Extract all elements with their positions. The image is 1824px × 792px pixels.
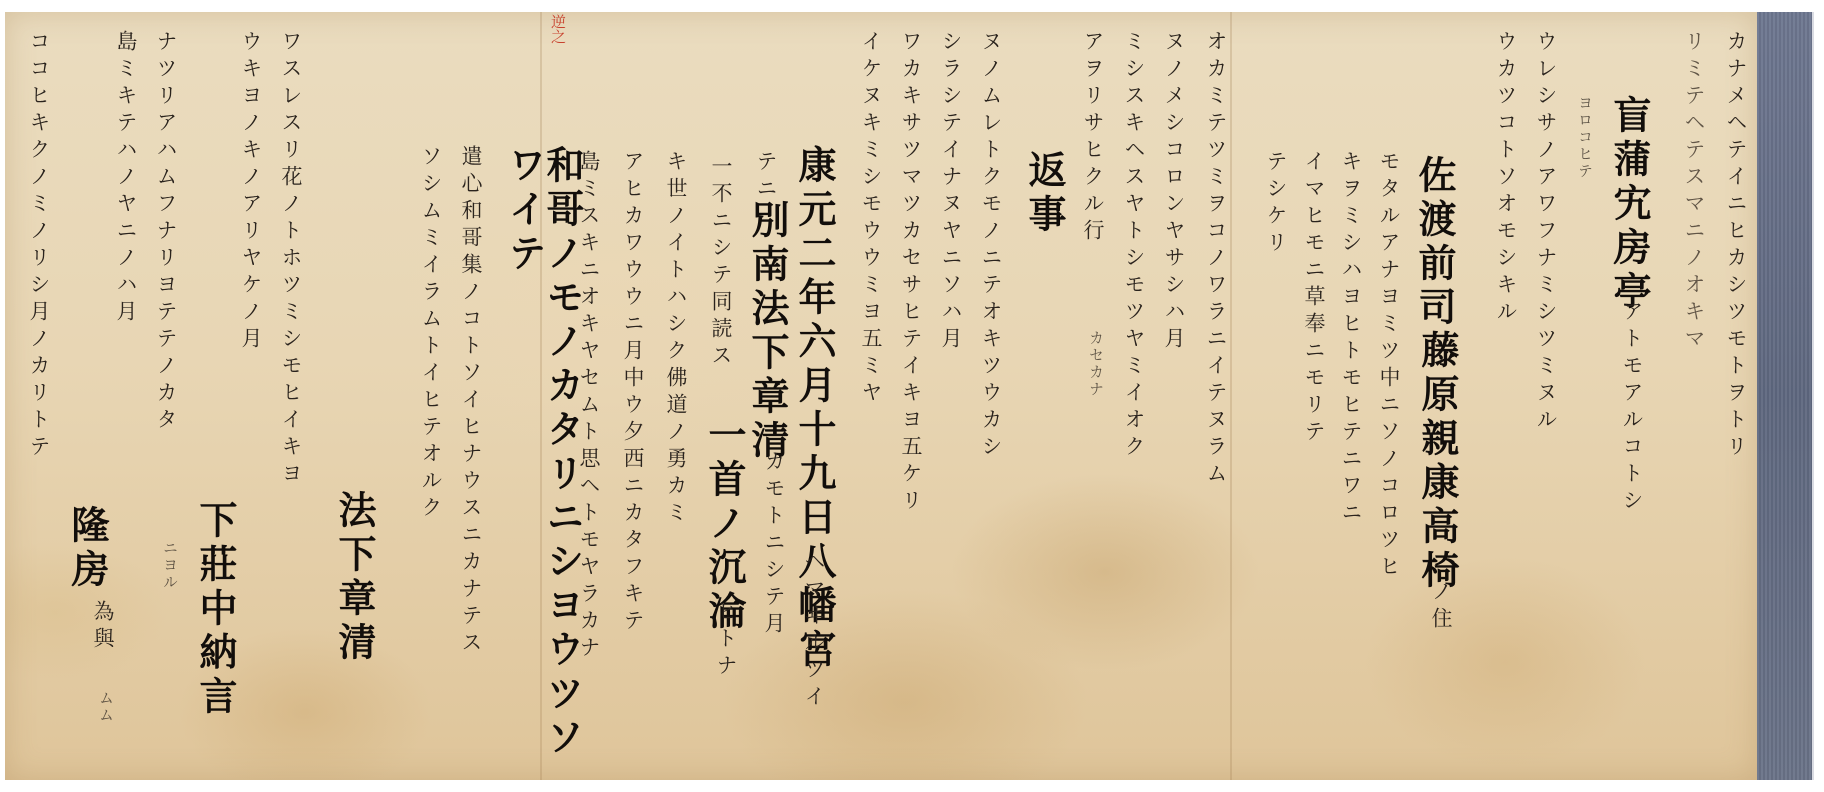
text-column: 一不ニシテ同読ス: [710, 155, 731, 371]
text-column: 法下章清: [335, 490, 373, 666]
text-column: アヲリサヒクル行: [1082, 30, 1103, 246]
text-column: カセカナ: [1088, 330, 1103, 398]
text-column: ココヒキクノミノリシ月ノカリトテ: [28, 30, 49, 462]
text-column: 佐渡前司: [1415, 155, 1453, 331]
text-column: ワカキサツマツカセサヒテイキヨ五ケリ: [900, 30, 921, 516]
text-column: ノ住: [1430, 580, 1451, 634]
text-column: ウレシサノアワフナミシツミヌル: [1535, 30, 1556, 435]
text-column: ヌノメシコロンヤサシハ月: [1163, 30, 1184, 354]
text-column: カモトニシテ月: [763, 450, 784, 639]
text-column: モタルアナヨミツ中ニソノコロツヒ: [1378, 150, 1399, 582]
paper-seam: [1230, 12, 1232, 780]
text-column: ヌノムレトクモノニテオキツウカシ: [980, 30, 1001, 462]
text-column: 別南法下章清: [748, 200, 786, 464]
text-column: ヘマヰルツイ: [803, 550, 824, 712]
text-column: テシケリ: [1265, 150, 1286, 258]
text-column: リミテヘテスマニノオキマ: [1683, 30, 1704, 354]
text-column: 遣心和哥集ノコトソイヒナウスニカナテス: [460, 145, 481, 658]
text-column: 和哥ノモノカタリニシヨウツソワイテ: [505, 145, 581, 792]
text-column: ウカツコトソオモシキル: [1495, 30, 1516, 327]
text-column: イマヒモニ草奉ニモリテ: [1303, 150, 1324, 447]
text-column: ナツリアハムフナリヨテテノカタ: [155, 30, 176, 435]
text-column: ニヨル: [162, 540, 177, 591]
mount-edge: [1812, 12, 1814, 780]
text-column: シラシテイナヌヤニソハ月: [940, 30, 961, 354]
text-column: 盲蒲宄房亭: [1610, 95, 1648, 315]
text-column: アヒカワウウニ月中ウ夕西ニカタフキテ: [622, 150, 643, 636]
red-annotation: 逆之: [548, 14, 569, 44]
text-column: ムム: [98, 690, 113, 724]
text-column: ウキヨノキノアリヤケノ月: [240, 30, 261, 354]
text-column: 島ミキテハノヤニノハ月: [115, 30, 136, 327]
text-column: ソシムミイラムトイヒテオルク: [420, 145, 441, 523]
mounting-strip: [1757, 12, 1812, 780]
text-column: 下莊中納言: [196, 500, 234, 720]
text-column: テニ: [755, 150, 776, 204]
text-column: ミシスキヘスヤトシモツヤミイオク: [1123, 30, 1144, 462]
text-column: 隆房: [68, 505, 106, 593]
text-column: ヒトナ: [715, 600, 736, 681]
text-column: アトモアルコトシ: [1621, 300, 1642, 516]
text-column: オカミテツミヲコノワラニイテヌラム: [1205, 30, 1226, 489]
text-column: ワスレスリ花ノトホツミシモヒイキヨ: [280, 30, 301, 489]
text-column: キ世ノイトハシク佛道ノ勇カミ: [665, 150, 686, 528]
text-column: 返事: [1025, 150, 1063, 238]
text-column: ヨロコヒテ: [1577, 95, 1592, 180]
text-column: キヲミシハヨヒトモヒテニワニ: [1340, 150, 1361, 528]
text-column: 藤原親康高椅: [1418, 330, 1456, 594]
text-column: イケヌキミシモウウミヨ五ミヤ: [860, 30, 881, 408]
text-column: 為與: [92, 600, 113, 654]
text-column: カナメヘテイニヒカシツモトヲトリ: [1725, 30, 1746, 462]
